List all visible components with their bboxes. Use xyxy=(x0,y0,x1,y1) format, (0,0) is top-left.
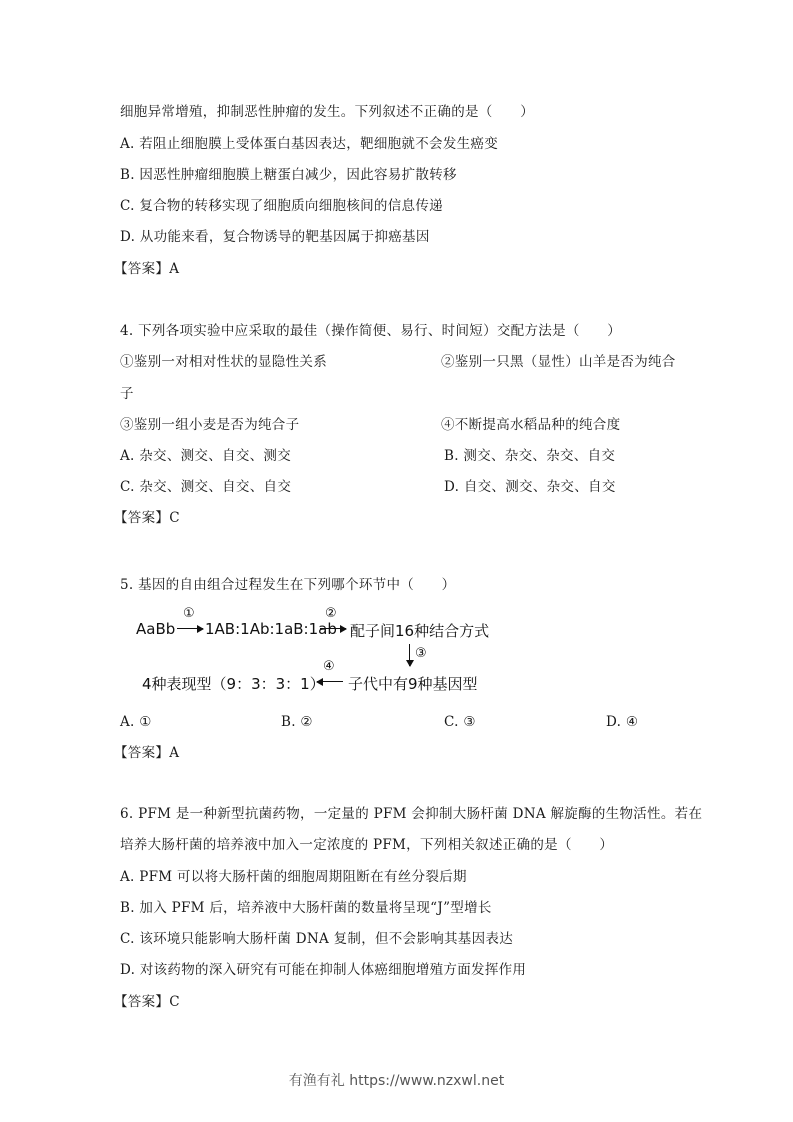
question-3-option-a: A. 若阻止细胞膜上受体蛋白基因表达，靶细胞就不会发生癌变 xyxy=(120,136,498,152)
question-5-option-d: D. ④ xyxy=(606,714,638,730)
question-6-stem-line-1: 6. PFM 是一种新型抗菌药物，一定量的 PFM 会抑制大肠杆菌 DNA 解旋… xyxy=(120,806,702,822)
question-6-option-a: A. PFM 可以将大肠杆菌的细胞周期阻断在有丝分裂后期 xyxy=(120,869,467,885)
question-5-option-b: B. ② xyxy=(281,714,313,730)
question-6-option-c: C. 该环境只能影响大肠杆菌 DNA 复制，但不会影响其基因表达 xyxy=(120,931,513,947)
question-4-item-3: ③鉴别一组小麦是否为纯合子 xyxy=(120,417,299,433)
question-3-option-b: B. 因恶性肿瘤细胞膜上糖蛋白减少，因此容易扩散转移 xyxy=(120,167,457,183)
question-4-option-c: C. 杂交、测交、自交、自交 xyxy=(120,479,291,495)
diagram-step-2-label: ② xyxy=(325,606,337,621)
diagram-combinations: 配子间16种结合方式 xyxy=(350,620,489,641)
question-3-option-d: D. 从功能来看，复合物诱导的靶基因属于抑癌基因 xyxy=(120,229,430,245)
question-3-stem: 细胞异常增殖，抑制恶性肿瘤的发生。下列叙述不正确的是（ ） xyxy=(120,104,534,120)
question-6-answer: 【答案】C xyxy=(114,994,180,1010)
arrow-right-icon xyxy=(320,628,346,629)
footer-watermark: 有渔有礼 https://www.nzxwl.net xyxy=(0,1070,793,1090)
question-4-item-2: ②鉴别一只黑（显性）山羊是否为纯合 xyxy=(441,354,676,370)
diagram-step-1-label: ① xyxy=(183,606,195,621)
question-4-item-1: ①鉴别一对相对性状的显隐性关系 xyxy=(120,354,327,370)
question-3-option-c: C. 复合物的转移实现了细胞质向细胞核间的信息传递 xyxy=(120,198,443,214)
diagram-gametes: 1AB:1Ab:1aB:1ab xyxy=(205,620,337,638)
diagram-phenotypes: 4种表现型（9：3：3：1） xyxy=(142,673,325,694)
arrow-left-icon xyxy=(317,681,343,682)
free-combination-diagram: AaBb ① 1AB:1Ab:1aB:1ab ② 配子间16种结合方式 ③ 4种… xyxy=(130,606,510,696)
question-4-answer: 【答案】C xyxy=(114,510,180,526)
diagram-genotypes: 子代中有9种基因型 xyxy=(348,673,478,694)
diagram-parent-genotype: AaBb xyxy=(136,620,175,638)
arrow-right-icon xyxy=(177,628,203,629)
question-3-answer: 【答案】A xyxy=(114,261,179,277)
diagram-step-4-label: ④ xyxy=(323,659,335,674)
question-4-option-a: A. 杂交、测交、自交、测交 xyxy=(120,448,291,464)
question-6-stem-line-2: 培养大肠杆菌的培养液中加入一定浓度的 PFM，下列相关叙述正确的是（ ） xyxy=(120,837,613,853)
question-4-stem: 4. 下列各项实验中应采取的最佳（操作简便、易行、时间短）交配方法是（ ） xyxy=(120,323,621,339)
question-4-item-2-wrap: 子 xyxy=(120,386,134,402)
question-4-option-b: B. 测交、杂交、杂交、自交 xyxy=(444,448,615,464)
diagram-step-3-label: ③ xyxy=(415,646,427,661)
question-4-option-d: D. 自交、测交、杂交、自交 xyxy=(444,479,616,495)
question-4-item-4: ④不断提高水稻品种的纯合度 xyxy=(441,417,620,433)
question-5-answer: 【答案】A xyxy=(114,745,179,761)
question-5-option-c: C. ③ xyxy=(444,714,476,730)
question-5-option-a: A. ① xyxy=(120,714,152,730)
arrow-down-icon xyxy=(409,644,410,666)
question-5-stem: 5. 基因的自由组合过程发生在下列哪个环节中（ ） xyxy=(120,577,455,593)
question-6-option-d: D. 对该药物的深入研究有可能在抑制人体癌细胞增殖方面发挥作用 xyxy=(120,962,526,978)
question-6-option-b: B. 加入 PFM 后，培养液中大肠杆菌的数量将呈现“J”型增长 xyxy=(120,900,492,916)
